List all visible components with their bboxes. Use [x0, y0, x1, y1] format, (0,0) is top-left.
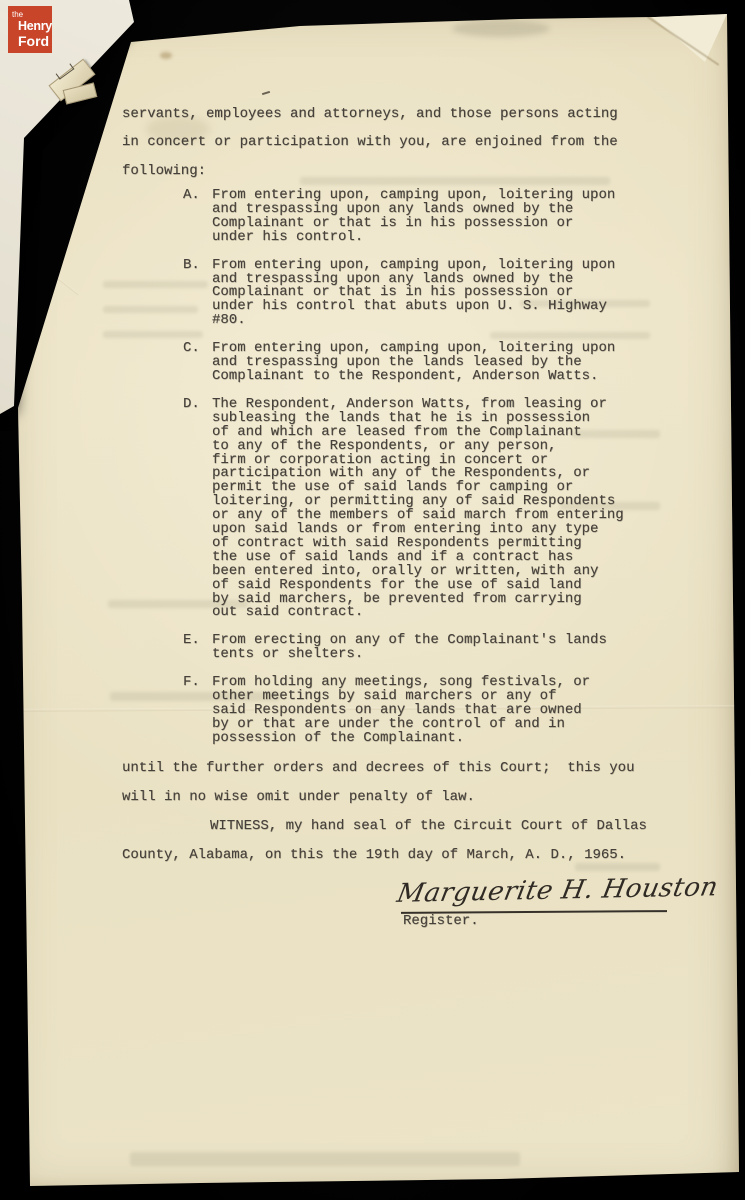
injunction-item: C.From entering upon, camping upon, loit…: [183, 342, 624, 384]
ink-fleck: [262, 91, 270, 95]
logo-the: the: [12, 11, 52, 19]
document-page: servants, employees and attorneys, and t…: [0, 0, 745, 1200]
typed-line: Complainant to the Respondent, Anderson …: [212, 370, 615, 384]
witness-paragraph: WITNESS, my hand seal of the Circuit Cou…: [122, 812, 647, 870]
item-label: C.: [183, 342, 212, 384]
typed-line: under his control.: [212, 231, 615, 245]
item-text: From holding any meetings, song festival…: [212, 676, 590, 746]
injunction-item: E.From erecting on any of the Complainan…: [183, 634, 624, 662]
item-text: From entering upon, camping upon, loiter…: [212, 259, 615, 329]
bleed-through-smudge: [130, 1152, 520, 1166]
register-signature: Marguerite H. Houston: [395, 873, 682, 909]
logo-ford: Ford: [18, 34, 52, 48]
henry-ford-logo: the Henry Ford: [8, 6, 52, 53]
injunction-item: F.From holding any meetings, song festiv…: [183, 676, 624, 746]
logo-henry: Henry: [18, 20, 52, 33]
item-text: From entering upon, camping upon, loiter…: [212, 189, 615, 245]
typed-line: tents or shelters.: [212, 648, 607, 662]
injunction-item: D.The Respondent, Anderson Watts, from l…: [183, 398, 624, 621]
closing-paragraph: until the further orders and decrees of …: [122, 754, 634, 812]
typed-line: until the further orders and decrees of …: [122, 754, 634, 783]
typed-line: under his control that abuts upon U. S. …: [212, 300, 615, 314]
item-text: The Respondent, Anderson Watts, from lea…: [212, 398, 624, 621]
item-text: From erecting on any of the Complainant'…: [212, 634, 607, 662]
typed-line: in concert or participation with you, ar…: [122, 128, 618, 156]
injunction-item: B.From entering upon, camping upon, loit…: [183, 259, 624, 329]
item-label: F.: [183, 676, 212, 746]
item-text: From entering upon, camping upon, loiter…: [212, 342, 615, 384]
paper-stain: [452, 20, 550, 37]
typed-line: servants, employees and attorneys, and t…: [122, 100, 618, 128]
intro-paragraph: servants, employees and attorneys, and t…: [122, 100, 618, 185]
typed-line: County, Alabama, on this the 19th day of…: [122, 841, 647, 870]
staple-artifact: [46, 58, 106, 114]
injunction-item: A.From entering upon, camping upon, loit…: [183, 189, 624, 245]
item-label: D.: [183, 398, 212, 621]
photo-background: servants, employees and attorneys, and t…: [0, 0, 745, 1200]
typed-line: possession of the Complainant.: [212, 732, 590, 746]
paper-crease: [23, 251, 79, 296]
item-label: A.: [183, 189, 212, 245]
typed-line: #80.: [212, 314, 615, 328]
typed-line: WITNESS, my hand seal of the Circuit Cou…: [210, 812, 647, 841]
typed-line: will in no wise omit under penalty of la…: [122, 783, 634, 812]
injunction-list: A.From entering upon, camping upon, loit…: [183, 189, 624, 760]
typed-line: out said contract.: [212, 606, 624, 620]
item-label: E.: [183, 634, 212, 662]
item-label: B.: [183, 259, 212, 329]
register-title: Register.: [403, 913, 479, 929]
typed-line: following:: [122, 157, 618, 185]
paper-stain: [160, 52, 172, 59]
